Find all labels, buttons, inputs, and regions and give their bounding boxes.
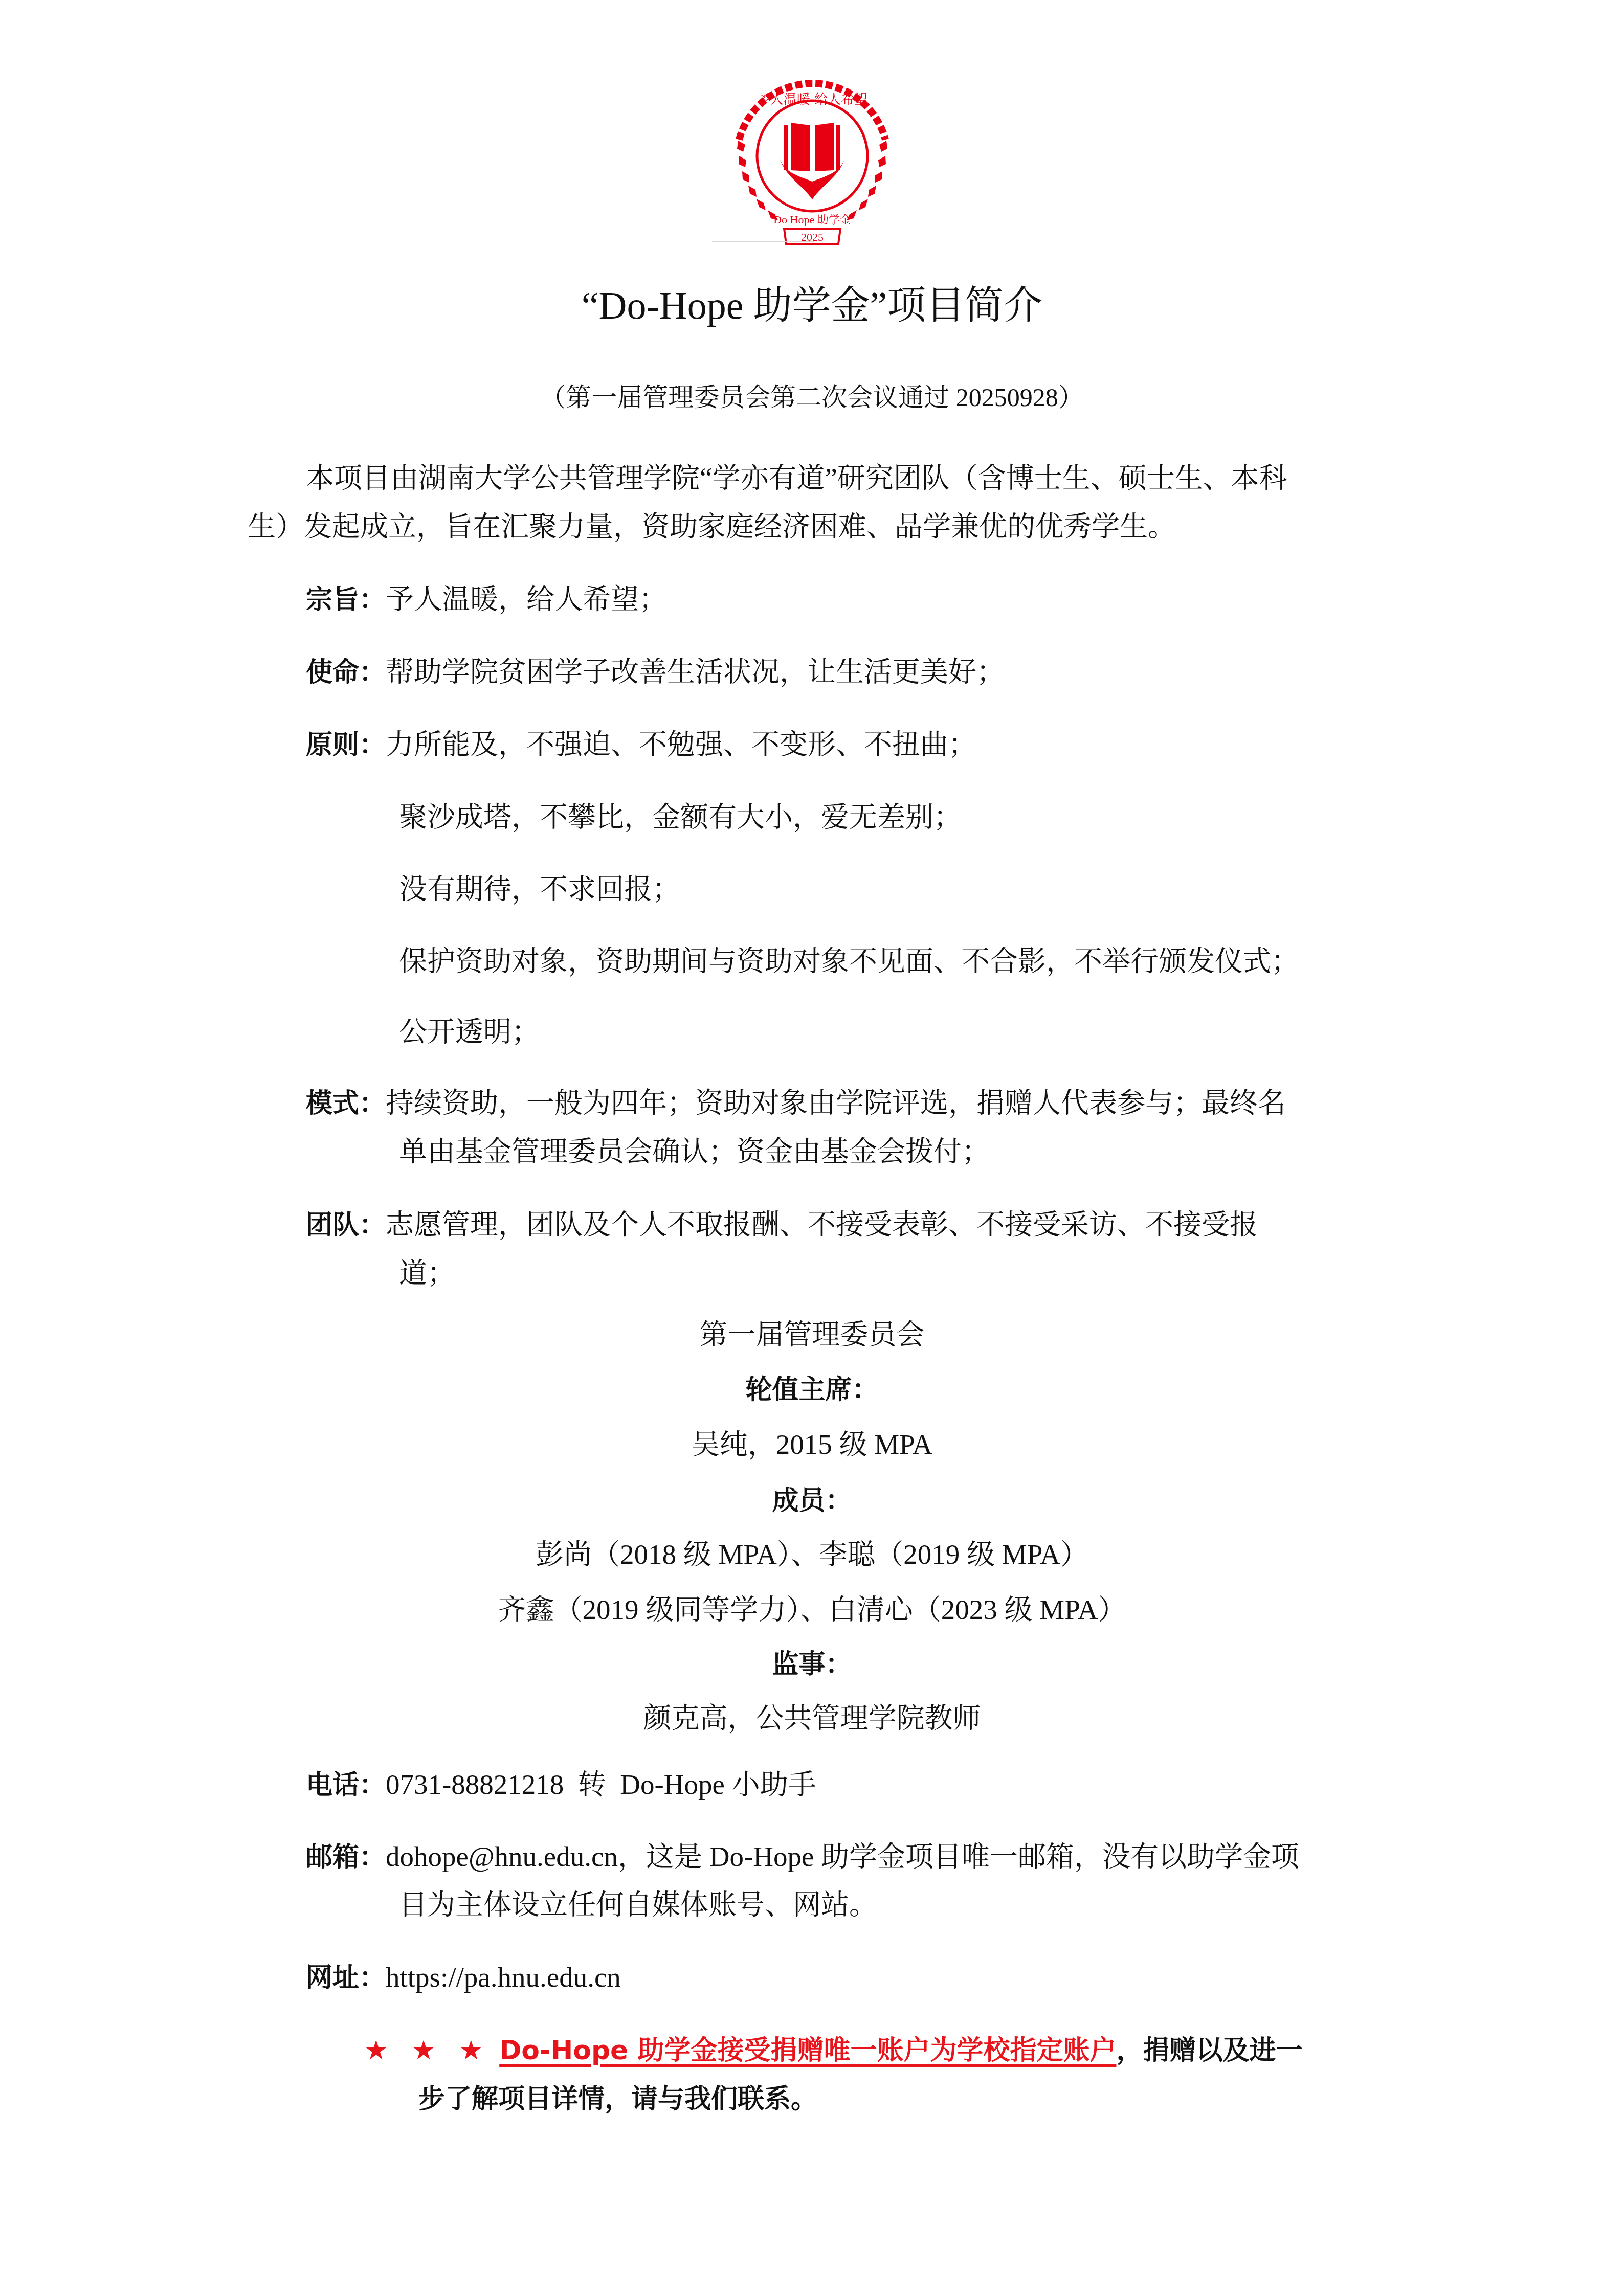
email-link[interactable]: dohope@hnu.edu.cn (386, 1841, 618, 1872)
svg-text:予人温暖 给人希望: 予人温暖 给人希望 (757, 92, 867, 107)
logo-divider (712, 241, 814, 242)
chair-name: 吴纯，2015 级 MPA (0, 1427, 1624, 1462)
purpose-text: 予人温暖，给人希望； (386, 583, 667, 615)
website-label: 网址： (306, 1963, 386, 1993)
principle-item: 力所能及，不强迫、不勉强、不变形、不扭曲； (386, 729, 976, 760)
mission-text: 帮助学院贫困学子改善生活状况，让生活更美好； (386, 656, 1005, 687)
principles-label: 原则： (306, 730, 386, 760)
mode-text: 持续资助，一般为四年；资助对象由学院评选，捐赠人代表参与；最终名 (386, 1087, 1286, 1118)
team-label: 团队： (306, 1210, 386, 1241)
donation-notice: ★ ★ ★ Do-Hope 助学金接受捐赠唯一账户为学校指定账户，捐赠以及进一 (364, 2033, 1303, 2068)
svg-text:Do Hope 助学金: Do Hope 助学金 (773, 213, 851, 226)
principles-row: 原则：力所能及，不强迫、不勉强、不变形、不扭曲； (306, 727, 976, 763)
members-line-2: 齐鑫（2019 级同等学力）、白清心（2023 级 MPA） (0, 1592, 1624, 1628)
do-hope-logo: 予人温暖 给人希望 Do Hope 助学金 2025 (707, 54, 917, 248)
team-text-cont: 道； (399, 1255, 455, 1291)
team-text: 志愿管理，团队及个人不取报酬、不接受表彰、不接受采访、不接受报 (386, 1209, 1258, 1240)
email-note-cont: 目为主体设立任何自媒体账号、网站。 (399, 1887, 877, 1923)
members-label: 成员： (0, 1483, 1624, 1519)
star-icon: ★ ★ ★ (364, 2035, 490, 2066)
logo-emblem-icon: 予人温暖 给人希望 Do Hope 助学金 2025 (707, 54, 917, 248)
page-title: “Do-Hope 助学金”项目简介 (0, 280, 1624, 331)
page-subtitle: （第一届管理委员会第二次会议通过 20250928） (0, 379, 1624, 415)
mode-label: 模式： (306, 1088, 386, 1119)
mode-text-cont: 单由基金管理委员会确认；资金由基金会拨付； (399, 1134, 990, 1169)
donation-notice-cont: 步了解项目详情，请与我们联系。 (418, 2081, 817, 2117)
phone-label: 电话： (306, 1770, 386, 1800)
intro-line-1: 本项目由湖南大学公共管理学院“学亦有道”研究团队（含博士生、硕士生、本科 (306, 460, 1287, 496)
purpose-label: 宗旨： (306, 584, 386, 615)
supervisor-label: 监事： (0, 1647, 1624, 1682)
email-label: 邮箱： (306, 1842, 386, 1873)
members-line-1: 彭尚（2018 级 MPA）、李聪（2019 级 MPA） (0, 1537, 1624, 1572)
principle-item: 没有期待，不求回报； (399, 871, 680, 907)
email-row: 邮箱：dohope@hnu.edu.cn，这是 Do-Hope 助学金项目唯一邮… (306, 1839, 1299, 1875)
supervisor-name: 颜克高，公共管理学院教师 (0, 1700, 1624, 1736)
mode-row: 模式：持续资助，一般为四年；资助对象由学院评选，捐赠人代表参与；最终名 (306, 1085, 1286, 1121)
chair-label: 轮值主席： (0, 1372, 1624, 1408)
mission-row: 使命：帮助学院贫困学子改善生活状况，让生活更美好； (306, 654, 1005, 690)
phone-row: 电话：0731-88821218 转 Do-Hope 小助手 (306, 1767, 816, 1803)
website-row: 网址：https://pa.hnu.edu.cn (306, 1960, 621, 1996)
team-row: 团队：志愿管理，团队及个人不取报酬、不接受表彰、不接受采访、不接受报 (306, 1207, 1258, 1243)
principle-item: 聚沙成塔，不攀比，金额有大小，爱无差别； (399, 799, 962, 835)
email-note: ，这是 Do-Hope 助学金项目唯一邮箱，没有以助学金项 (618, 1841, 1299, 1872)
website-link[interactable]: https://pa.hnu.edu.cn (386, 1962, 621, 1993)
mission-label: 使命： (306, 657, 386, 688)
donation-account-highlight: Do-Hope 助学金接受捐赠唯一账户为学校指定账户 (499, 2035, 1116, 2066)
phone-value: 0731-88821218 转 Do-Hope 小助手 (386, 1769, 816, 1800)
purpose-row: 宗旨：予人温暖，给人希望； (306, 581, 667, 618)
committee-heading: 第一届管理委员会 (0, 1317, 1624, 1353)
principle-item: 公开透明； (399, 1014, 540, 1050)
intro-line-2: 生）发起成立，旨在汇聚力量，资助家庭经济困难、品学兼优的优秀学生。 (248, 509, 1176, 545)
principle-item: 保护资助对象，资助期间与资助对象不见面、不合影，不举行颁发仪式； (399, 943, 1299, 979)
donation-notice-text: ，捐赠以及进一 (1116, 2035, 1302, 2066)
